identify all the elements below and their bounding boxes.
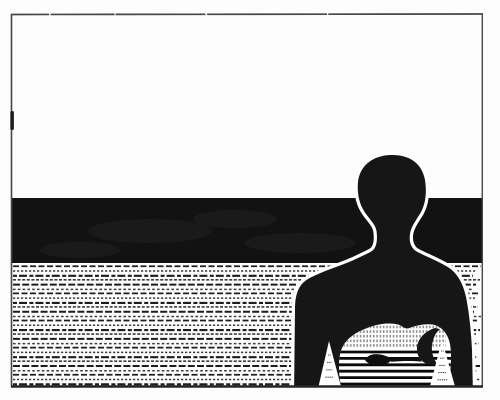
- silhouette-artwork: [0, 0, 500, 400]
- illustration-canvas: [0, 0, 500, 400]
- ink-smudge: [10, 111, 14, 130]
